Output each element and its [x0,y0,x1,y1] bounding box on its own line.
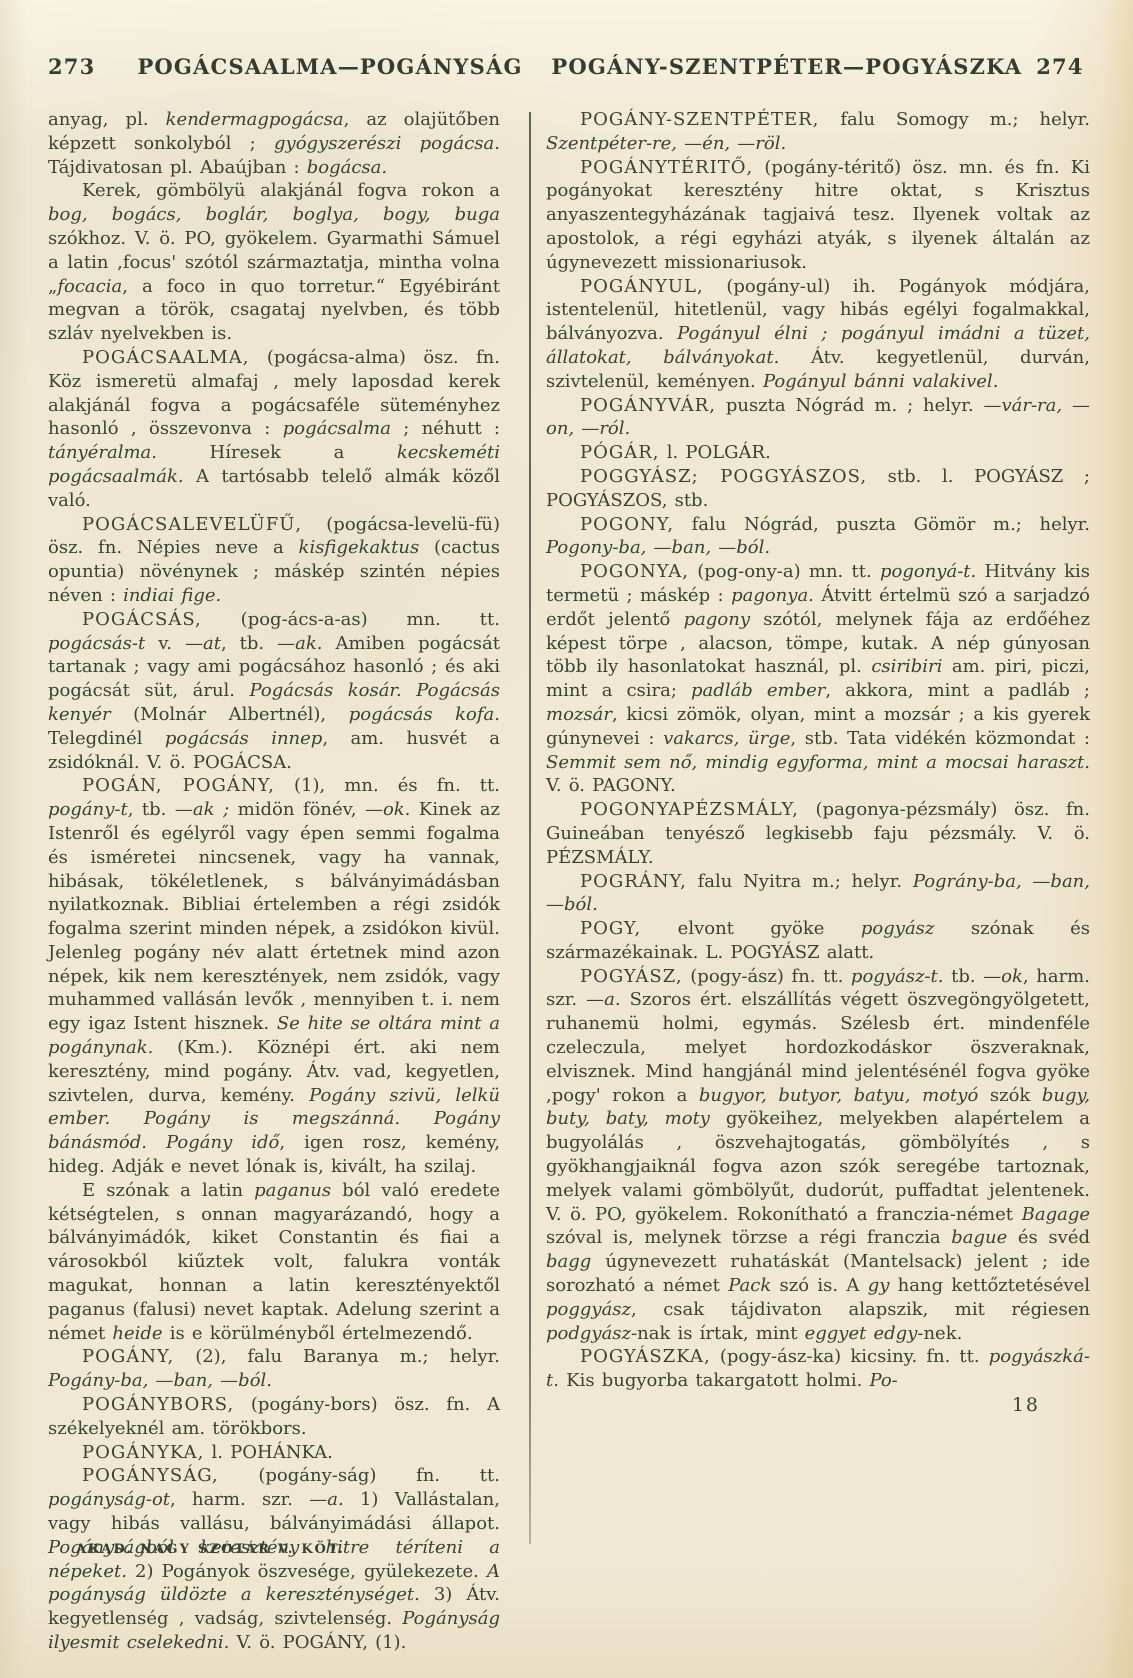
running-title-left: POGÁCSAALMA—POGÁNYSÁG [137,54,522,79]
dictionary-entry: Kerek, gömbölyü alakjánál fogva rokon a … [48,179,500,346]
page-number-left: 273 [48,54,95,79]
dictionary-entry: POGGYÁSZ; POGGYÁSZOS, stb. l. POGYÁSZ ; … [546,465,1090,513]
page-header: 273 POGÁCSAALMA—POGÁNYSÁG POGÁNY-SZENTPÉ… [0,54,1133,84]
dictionary-entry: POGÁNYVÁR, puszta Nógrád m. ; helyr. —vá… [546,394,1090,442]
header-right: POGÁNY-SZENTPÉTER—POGYÁSZKA 274 [545,54,1090,79]
dictionary-entry: E szónak a latin paganus ból való eredet… [48,1179,500,1346]
dictionary-entry: POGYÁSZKA, (pogy-ász-ka) kicsiny. fn. tt… [546,1345,1090,1393]
dictionary-entry: POGÁNY-SZENTPÉTER, falu Somogy m.; helyr… [546,108,1090,156]
page-number-right: 274 [1036,54,1083,79]
right-column: POGÁNY-SZENTPÉTER, falu Somogy m.; helyr… [546,108,1090,1418]
dictionary-entry: POGRÁNY, falu Nyitra m.; helyr. Pográny-… [546,870,1090,918]
left-column: anyag, pl. kendermagpogácsa, az olajütőb… [48,108,500,1655]
signature-mark: 18 [546,1394,1090,1418]
dictionary-entry: POGÁNYUL, (pogány-ul) ih. Pogányok módjá… [546,275,1090,394]
column-divider-rule [529,112,531,1544]
dictionary-entry: POGY, elvont gyöke pogyász szónak és szá… [546,917,1090,965]
dictionary-page: 273 POGÁCSAALMA—POGÁNYSÁG POGÁNY-SZENTPÉ… [0,0,1133,1678]
header-left: 273 POGÁCSAALMA—POGÁNYSÁG [48,54,500,79]
dictionary-entry: POGONYA, (pog-ony-a) mn. tt. pogonyá-t. … [546,560,1090,798]
dictionary-entry: POGÁCSALEVELÜFŰ, (pogácsa-levelü-fü) ösz… [48,513,500,608]
dictionary-entry: POGÁNYKA, l. POHÁNKA. [48,1441,500,1465]
dictionary-entry: POGÁNYBORS, (pogány-bors) ösz. fn. A szé… [48,1393,500,1441]
dictionary-entry: POGÁN, POGÁNY, (1), mn. és fn. tt. pogán… [48,774,500,1179]
dictionary-entry: POGYÁSZ, (pogy-ász) fn. tt. pogyász-t. t… [546,965,1090,1346]
dictionary-entry: PÓGÁR, l. POLGÁR. [546,441,1090,465]
dictionary-entry: POGÁNYTÉRITŐ, (pogány-téritő) ösz. mn. é… [546,156,1090,275]
dictionary-entry: POGÁNY, (2), falu Baranya m.; helyr. Pog… [48,1345,500,1393]
running-title-right: POGÁNY-SZENTPÉTER—POGYÁSZKA [551,54,1022,79]
footer-imprint: AKAD. NAGY SZÓTÁR V. KÖT. [76,1542,345,1557]
dictionary-entry: POGONYAPÉZSMÁLY, (pagonya-pézsmály) ösz.… [546,798,1090,869]
dictionary-entry: POGÁNYSÁG, (pogány-ság) fn. tt. pogánysá… [48,1464,500,1654]
dictionary-entry: POGONY, falu Nógrád, puszta Gömör m.; he… [546,513,1090,561]
dictionary-entry: anyag, pl. kendermagpogácsa, az olajütőb… [48,108,500,179]
dictionary-entry: POGÁCSAALMA, (pogácsa-alma) ösz. fn. Köz… [48,346,500,513]
dictionary-entry: POGÁCSÁS, (pog-ács-a-as) mn. tt. pogácsá… [48,608,500,775]
